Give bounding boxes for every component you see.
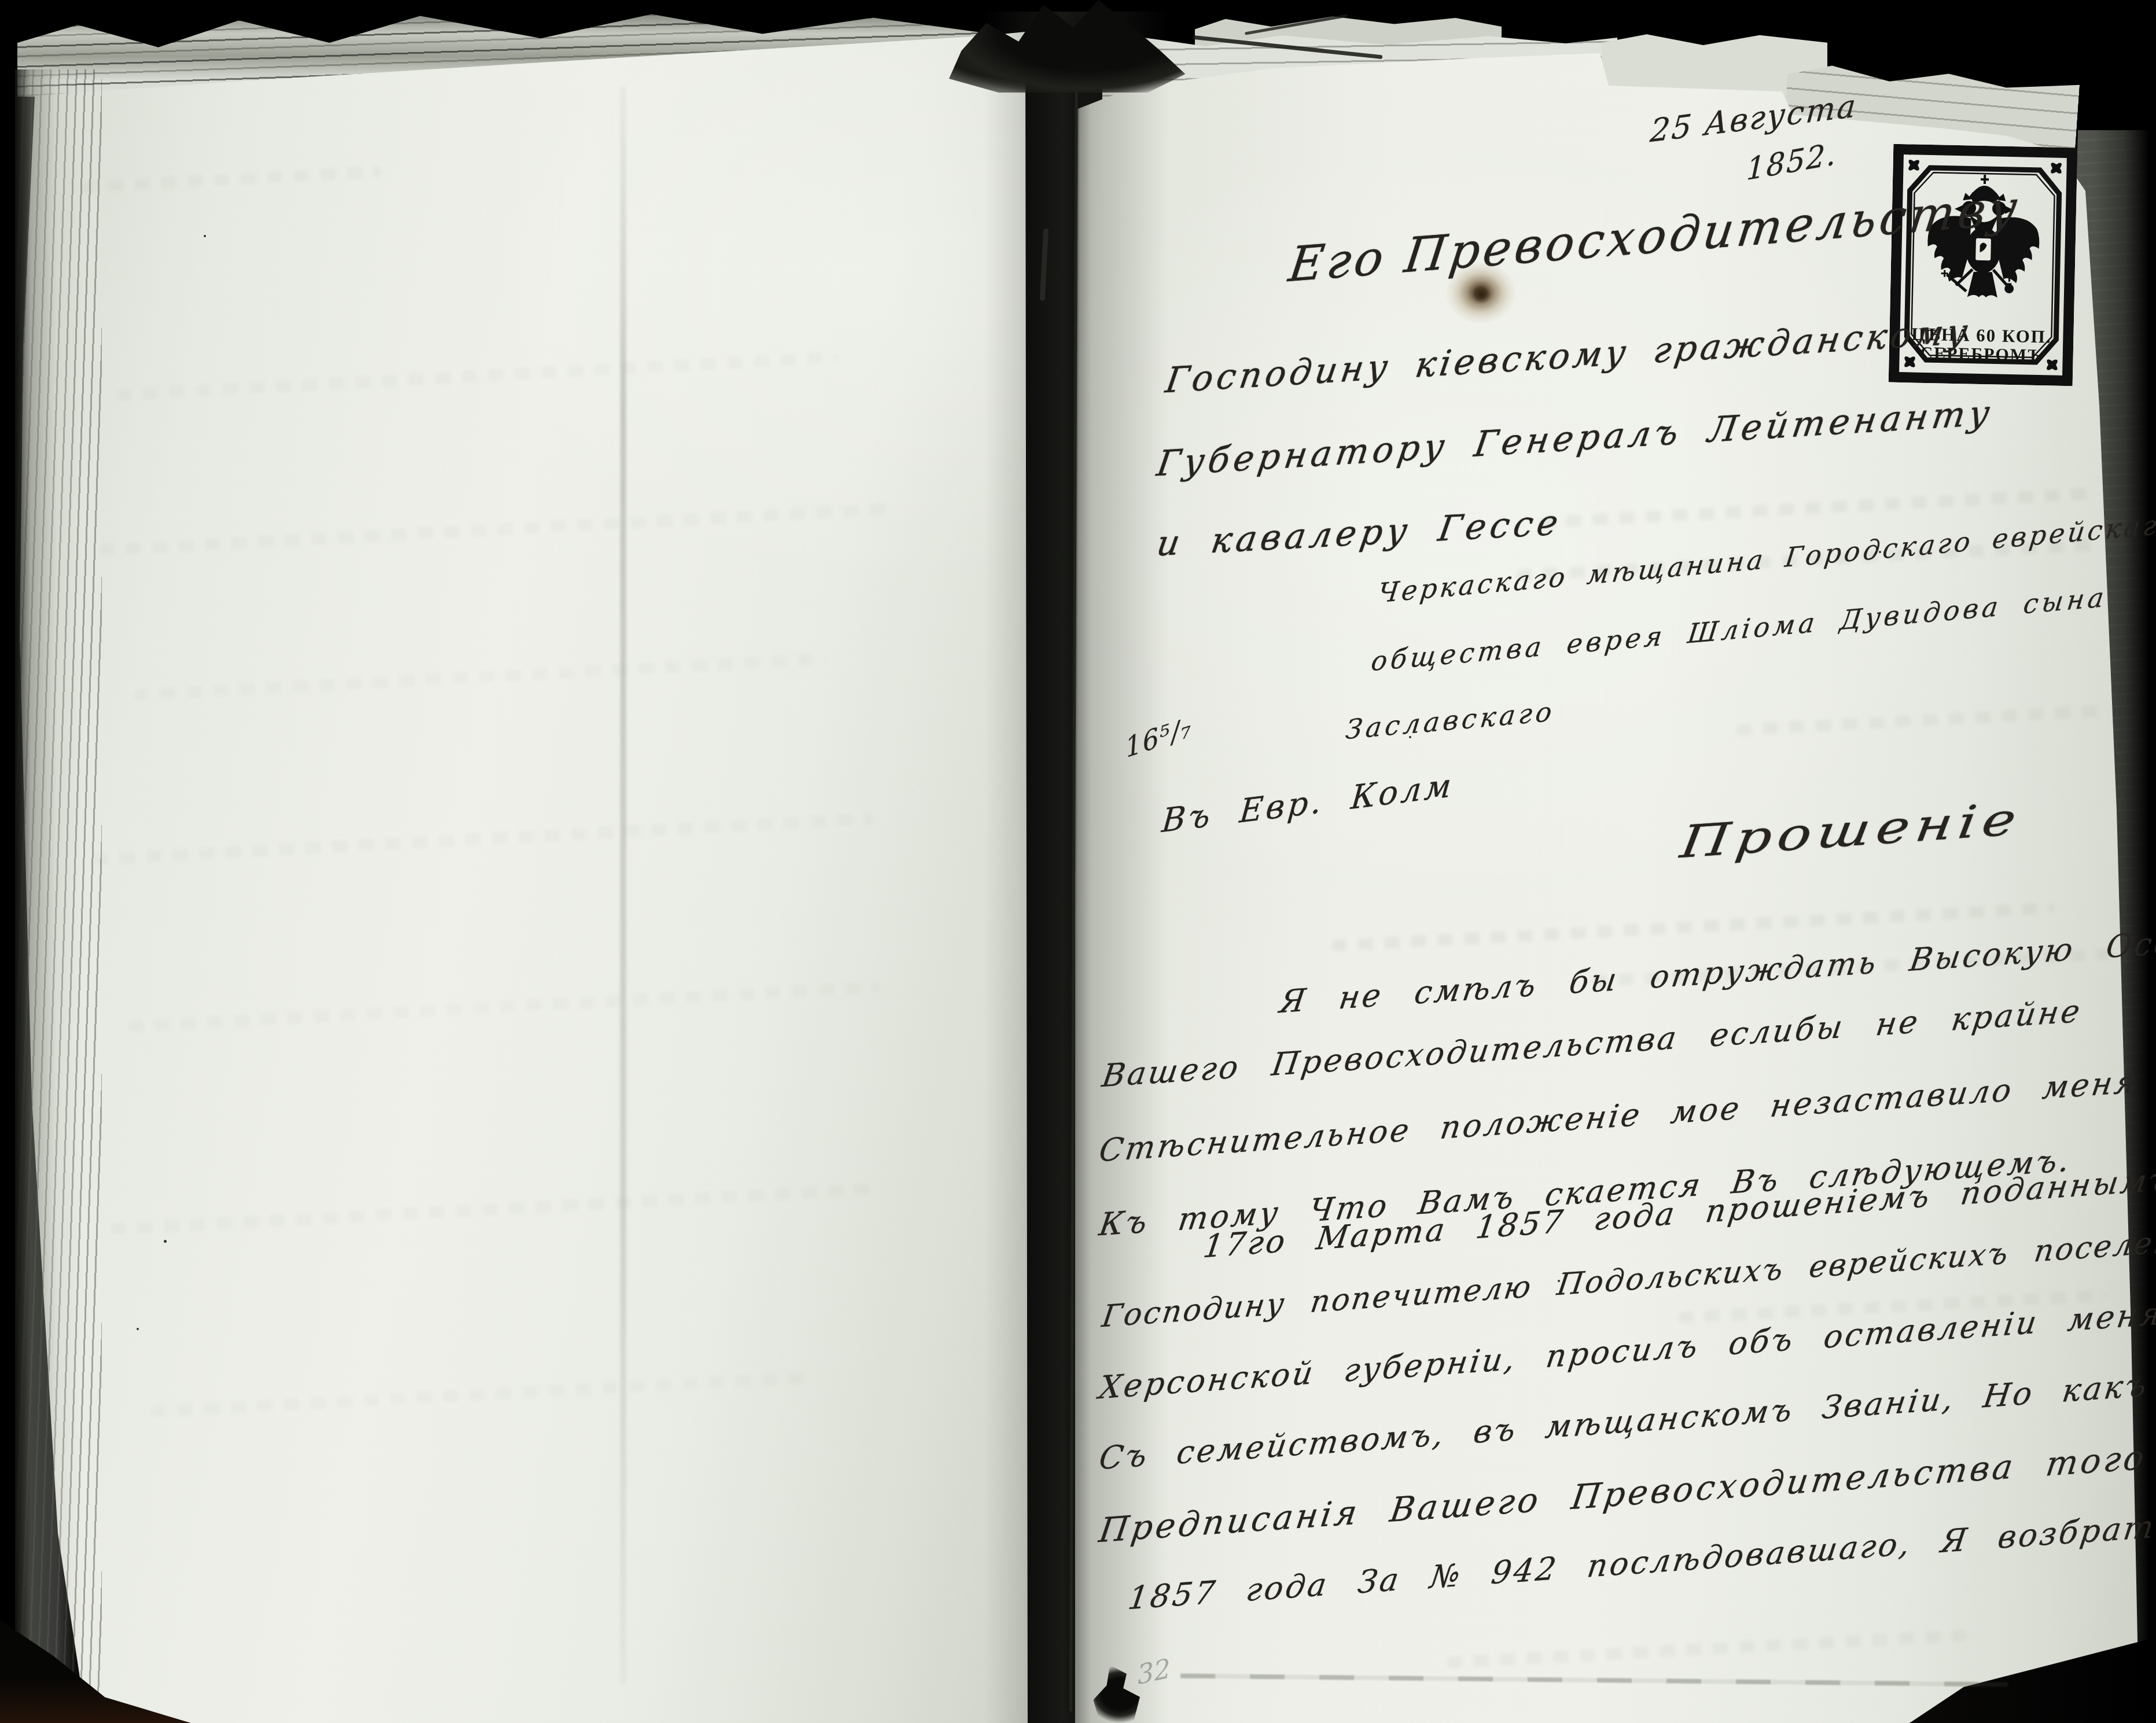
ink-speck <box>137 1328 139 1330</box>
left-page-deckle-edge <box>15 69 102 1723</box>
page-fold-crease <box>620 87 626 1684</box>
ink-stain-core <box>1469 282 1494 307</box>
ink-speck <box>164 1240 167 1243</box>
scanned-archival-document: ЦѢНА 60 КОП. СЕРЕБРОМЪ 25 Августа 1852. … <box>0 0 2156 1723</box>
ink-speck <box>204 235 206 237</box>
left-blank-page <box>15 25 1028 1723</box>
